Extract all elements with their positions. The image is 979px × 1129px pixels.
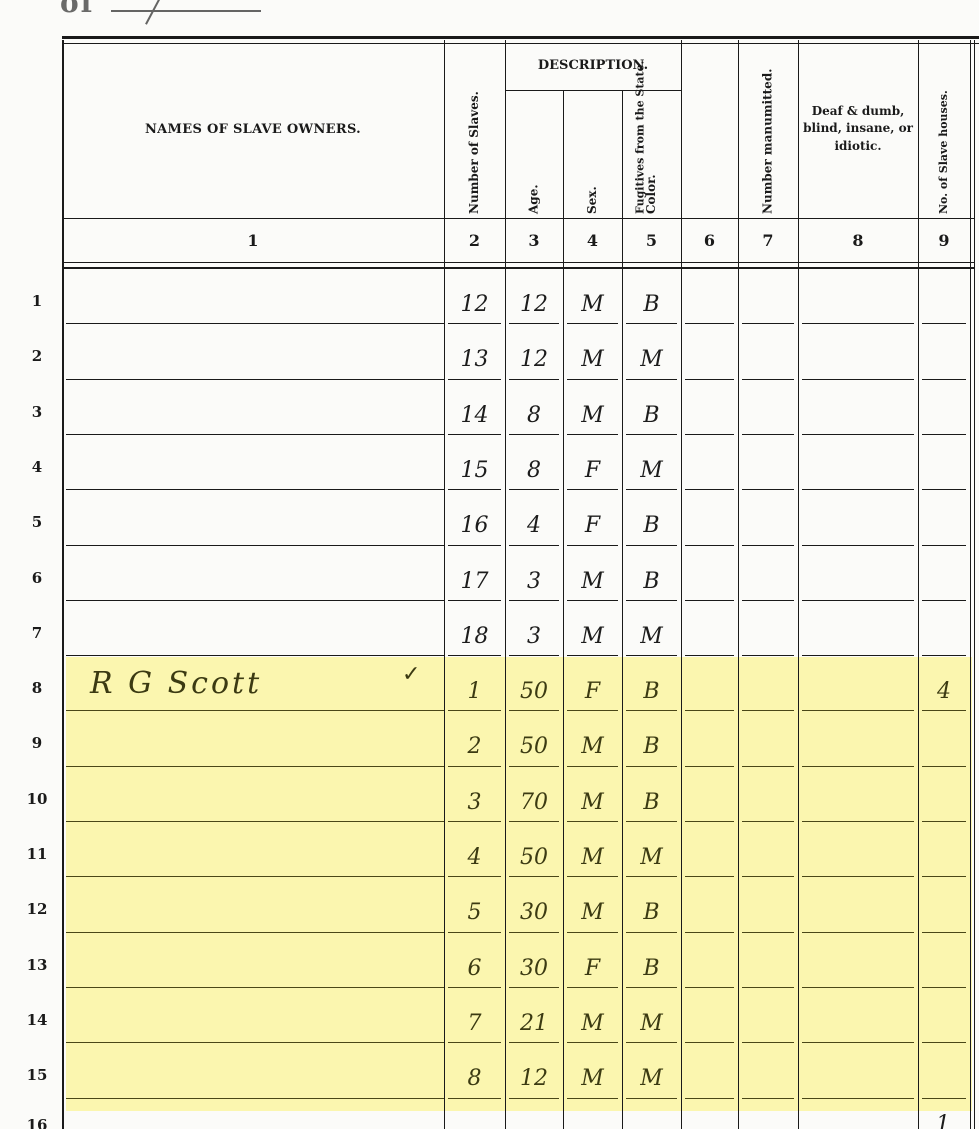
row-rule [626,655,677,656]
row-rule [66,434,444,435]
row-rule [448,379,501,380]
row-rule [742,821,794,822]
cell-age: 50 [505,847,563,869]
cell-age: 4 [505,515,563,537]
cell-number: 15 [444,460,505,482]
cell-sex: M [563,736,622,758]
row-rule [66,489,444,490]
row-rule [626,600,677,601]
row-rule [626,489,677,490]
cell-number: 17 [444,571,505,593]
cell-color: B [622,515,681,537]
row-number: 4 [20,458,54,476]
row-rule [922,987,966,988]
cell-number: 6 [444,958,505,980]
row-rule [567,489,618,490]
cell-number: 2 [444,736,505,758]
row-rule [802,655,914,656]
cell-age: 8 [505,460,563,482]
row-rule [509,600,559,601]
row-rule [448,766,501,767]
row-number: 7 [20,624,54,642]
row-rule [509,489,559,490]
row-rule [448,987,501,988]
row-rule [685,987,734,988]
row-number: 9 [20,734,54,752]
header-fugitives: Fugitives from the State. [681,44,738,214]
row-rule [448,821,501,822]
row-rule [685,766,734,767]
row-rule [685,1042,734,1043]
cell-sex: F [563,958,622,980]
row-rule [742,710,794,711]
row-rule [802,766,914,767]
row-rule [66,1098,444,1099]
cell-number: 7 [444,1013,505,1035]
row-rule [685,1098,734,1099]
row-rule [922,379,966,380]
row-rule [66,987,444,988]
cell-sex: M [563,626,622,648]
cell-color: B [622,681,681,703]
column-number-3: 3 [505,222,563,258]
row-rule [742,434,794,435]
cell-color: B [622,958,681,980]
row-number: 3 [20,403,54,421]
header-age: Age. [505,94,563,214]
row-rule [802,987,914,988]
row-rule [802,379,914,380]
row-rule [626,710,677,711]
cell-color: B [622,792,681,814]
row-rule [509,434,559,435]
header-names-of-slave-owners: NAMES OF SLAVE OWNERS. [62,40,444,218]
column-number-5: 5 [622,222,681,258]
cell-number: 13 [444,349,505,371]
row-rule [626,821,677,822]
cell-sex: M [563,902,622,924]
row-rule [448,876,501,877]
row-number: 2 [20,347,54,365]
row-rule [802,932,914,933]
title-fragment: of [60,0,95,19]
cell-sex: M [563,349,622,371]
cell-age: 12 [505,294,563,316]
row-number: 5 [20,513,54,531]
row-rule [567,655,618,656]
row-rule [626,987,677,988]
row-rule [448,710,501,711]
cell-number: 3 [444,792,505,814]
row-16-houses-partial: 1 [936,1112,950,1129]
cell-age: 70 [505,792,563,814]
cell-color: M [622,460,681,482]
cell-sex: M [563,1068,622,1090]
row-rule [509,323,559,324]
row-rule [626,876,677,877]
cell-color: B [622,405,681,427]
row-rule [922,545,966,546]
row-number: 16 [20,1116,54,1129]
row-rule [448,600,501,601]
row-rule [448,545,501,546]
row-rule [448,434,501,435]
row-rule [626,766,677,767]
row-rule [626,434,677,435]
cell-age: 12 [505,1068,563,1090]
cell-number: 8 [444,1068,505,1090]
row-rule [509,379,559,380]
row-rule [626,379,677,380]
row-rule [685,434,734,435]
row-rule [626,1042,677,1043]
row-rule [685,323,734,324]
row-rule [802,876,914,877]
row-rule [509,1042,559,1043]
row-rule [685,710,734,711]
row-rule [802,1098,914,1099]
cell-color: B [622,902,681,924]
row-rule [922,600,966,601]
row-rule [66,379,444,380]
row-rule [567,600,618,601]
row-rule [567,932,618,933]
row-rule [509,821,559,822]
cell-number: 18 [444,626,505,648]
row-number: 8 [20,679,54,697]
row-number: 11 [20,845,54,863]
row-rule [742,655,794,656]
cell-color: M [622,847,681,869]
row-rule [567,379,618,380]
row-rule [448,932,501,933]
cell-sex: M [563,294,622,316]
row-rule [626,323,677,324]
row-rule [567,821,618,822]
row-rule [802,710,914,711]
row-rule [802,600,914,601]
row-rule [742,987,794,988]
column-number-4: 4 [563,222,622,258]
row-rule [66,600,444,601]
row-rule [742,379,794,380]
row-rule [509,710,559,711]
cell-houses: 4 [918,681,970,703]
row-rule [922,323,966,324]
cell-sex: F [563,460,622,482]
row-rule [66,545,444,546]
row-rule [567,323,618,324]
column-number-9: 9 [918,222,970,258]
cell-number: 1 [444,681,505,703]
row-rule [567,987,618,988]
column-number-8: 8 [798,222,918,258]
row-number: 12 [20,900,54,918]
row-rule [742,876,794,877]
row-rule [802,323,914,324]
cell-color: M [622,349,681,371]
header-number-manumitted: Number manumitted. [738,44,798,214]
column-number-2: 2 [444,222,505,258]
row-number: 14 [20,1011,54,1029]
row-rule [802,434,914,435]
row-rule [685,932,734,933]
row-rule [626,932,677,933]
row-rule [742,489,794,490]
row-number: 10 [20,790,54,808]
cell-sex: M [563,571,622,593]
header-deaf-dumb-blind: Deaf & dumb, blind, insane, or idiotic. [798,40,918,218]
row-rule [567,766,618,767]
column-divider [970,40,971,1129]
cell-color: M [622,1068,681,1090]
row-rule [685,545,734,546]
cell-sex: M [563,792,622,814]
cell-age: 30 [505,958,563,980]
cell-sex: F [563,515,622,537]
row-rule [509,655,559,656]
cell-age: 12 [505,349,563,371]
cell-sex: M [563,847,622,869]
cell-age: 30 [505,902,563,924]
column-number-1: 1 [62,222,444,258]
row-rule [567,545,618,546]
row-rule [567,876,618,877]
row-rule [742,766,794,767]
row-rule [66,710,444,711]
row-rule [66,323,444,324]
column-number-6: 6 [681,222,738,258]
checkmark-icon: ✓ [402,662,420,687]
census-slave-schedule-page: of NAMES OF SLAVE OWNERS. Number of Slav… [0,0,979,1129]
header-rule [62,218,974,219]
cell-number: 5 [444,902,505,924]
cell-color: B [622,571,681,593]
column-number-rule [62,262,974,269]
row-rule [66,932,444,933]
cell-age: 21 [505,1013,563,1035]
row-rule [626,545,677,546]
page-title-handwriting: of [60,0,960,26]
row-rule [922,1042,966,1043]
row-rule [922,434,966,435]
row-rule [448,489,501,490]
column-number-7: 7 [738,222,798,258]
cell-age: 3 [505,626,563,648]
row-rule [685,379,734,380]
cell-age: 50 [505,681,563,703]
row-rule [922,932,966,933]
cell-color: B [622,736,681,758]
row-rule [448,1042,501,1043]
header-number-of-slaves: Number of Slaves. [444,44,505,214]
row-rule [802,489,914,490]
row-rule [922,655,966,656]
header-slave-houses: No. of Slave houses. [918,44,970,214]
row-rule [448,655,501,656]
row-rule [448,323,501,324]
row-number: 6 [20,569,54,587]
row-rule [66,766,444,767]
row-rule [742,932,794,933]
row-rule [626,1098,677,1099]
row-rule [742,1042,794,1043]
row-rule [802,821,914,822]
row-rule [66,821,444,822]
cell-number: 12 [444,294,505,316]
cell-number: 14 [444,405,505,427]
cell-age: 8 [505,405,563,427]
cell-sex: M [563,405,622,427]
row-rule [567,710,618,711]
row-rule [685,876,734,877]
row-rule [509,876,559,877]
row-rule [66,876,444,877]
row-rule [66,655,444,656]
row-rule [922,876,966,877]
cell-color: M [622,626,681,648]
cell-color: M [622,1013,681,1035]
row-rule [509,766,559,767]
row-rule [802,545,914,546]
cell-age: 3 [505,571,563,593]
row-rule [802,1042,914,1043]
row-number: 15 [20,1066,54,1084]
header-sex: Sex. [563,94,622,214]
row-rule [66,1042,444,1043]
row-number: 1 [20,292,54,310]
cell-sex: M [563,1013,622,1035]
row-rule [922,489,966,490]
row-rule [509,545,559,546]
row-rule [742,323,794,324]
row-rule [567,1042,618,1043]
table-right-border [974,40,975,1129]
row-rule [509,1098,559,1099]
owner-name: R G Scott [90,666,262,701]
row-rule [742,600,794,601]
row-rule [742,545,794,546]
row-rule [685,821,734,822]
row-rule [509,987,559,988]
row-rule [742,1098,794,1099]
row-rule [685,489,734,490]
row-rule [922,1098,966,1099]
row-rule [922,710,966,711]
cell-color: B [622,294,681,316]
row-rule [685,600,734,601]
row-rule [567,1098,618,1099]
cell-age: 50 [505,736,563,758]
cell-number: 16 [444,515,505,537]
row-rule [922,821,966,822]
row-rule [922,766,966,767]
row-rule [567,434,618,435]
row-rule [685,655,734,656]
row-rule [509,932,559,933]
row-number: 13 [20,956,54,974]
row-rule [448,1098,501,1099]
cell-number: 4 [444,847,505,869]
cell-sex: F [563,681,622,703]
